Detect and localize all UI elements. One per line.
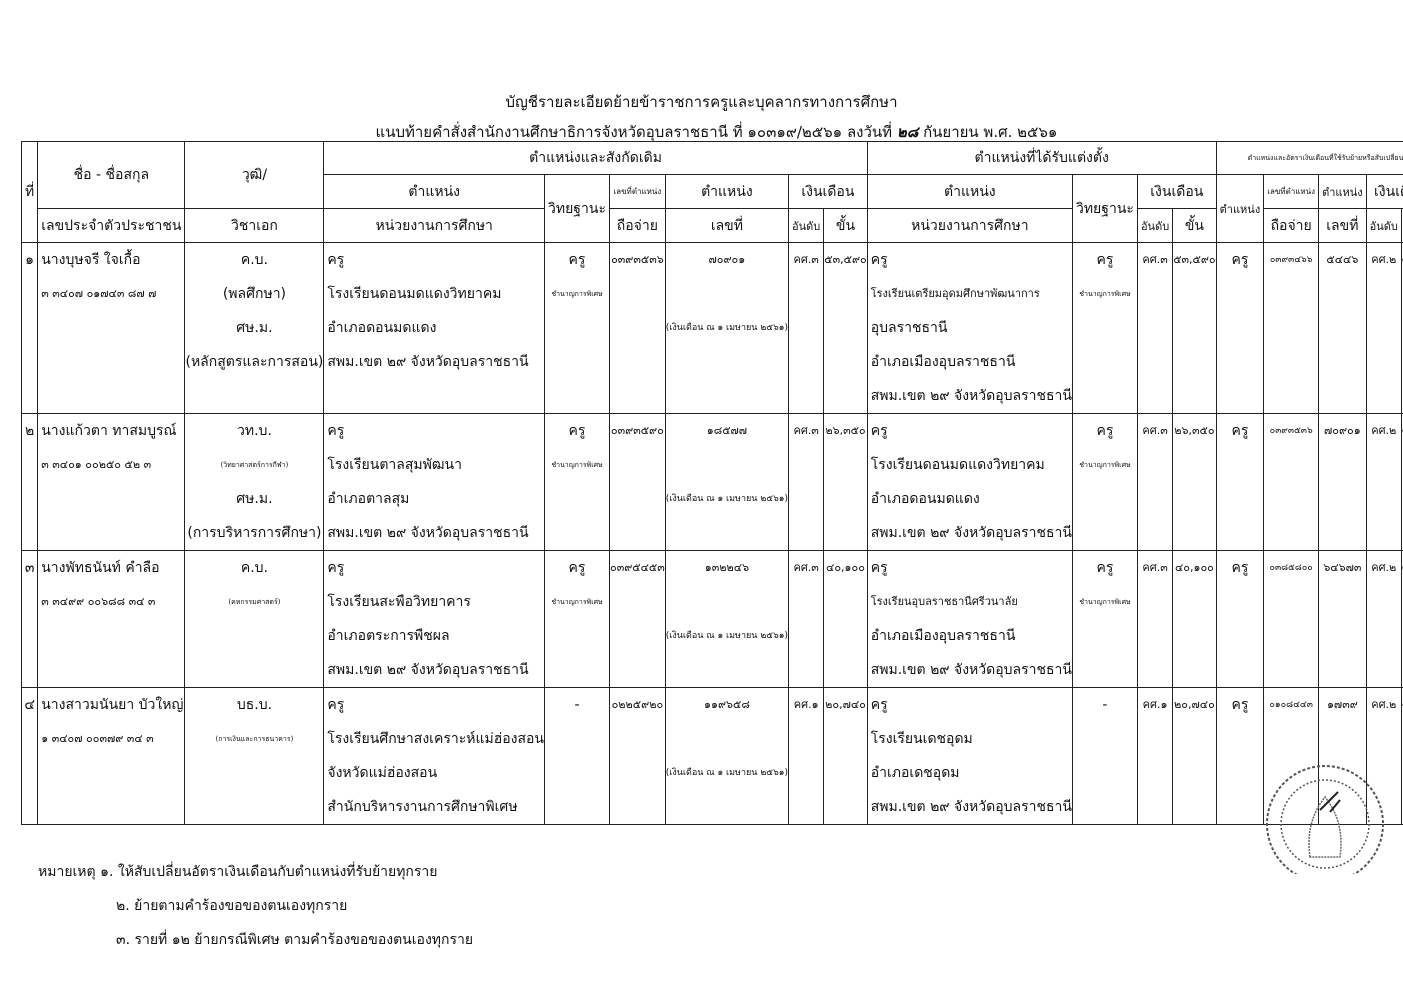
row-new-unit-line-3: อำเภอดอนมดแดง	[868, 482, 1072, 516]
row-no: ๔	[22, 688, 38, 825]
row-new-rank-line-1: -	[1073, 688, 1137, 722]
row-degree-line-4: (หลักสูตรและการสอน)	[185, 345, 323, 379]
row-name-line-2: ๓ ๓๔๐๗ ๐๑๗๔๓ ๘๗ ๗	[38, 277, 184, 311]
row-old-grade: คศ.๓	[789, 243, 824, 414]
subtitle-date-label: ลงวันที่	[847, 123, 892, 141]
row-new-rank-line-1: ครู	[1073, 551, 1137, 585]
row-old-budget-pos-line-1: ๐๓๙๓๕๙๐	[610, 414, 665, 448]
row-degree-line-1: วท.บ.	[185, 414, 323, 448]
row-swap-position: ครู	[1216, 243, 1264, 414]
row-swap-grade-line-1: คศ.๒	[1367, 551, 1401, 585]
row-old-step: ๒๐,๗๔๐	[824, 688, 867, 825]
row-old-unit-line-3: อำเภอตระการพืชผล	[324, 619, 544, 653]
row-degree-line-4: (การบริหารการศึกษา)	[185, 516, 323, 550]
row-old-rank-line-1: ครู	[545, 551, 609, 585]
row-degree: วท.บ.(วิทยาศาสตร์การกีฬา)ศษ.ม.(การบริหาร…	[185, 414, 324, 551]
row-swap-position: ครู	[1216, 551, 1264, 688]
row-old-pos-no: ๑๑๙๖๕๘(เงินเดือน ณ ๑ เมษายน ๒๕๖๑)	[665, 688, 788, 825]
header-old-group: ตำแหน่งและสังกัดเดิม	[324, 142, 867, 175]
row-new-unit-line-4: สพม.เขต ๒๙ จังหวัดอุบลราชธานี	[868, 653, 1072, 687]
header-old-grade: อันดับ	[789, 209, 824, 243]
row-old-step-line-1: ๒๐,๗๔๐	[824, 688, 866, 722]
row-old-budget-pos: ๐๓๙๓๕๙๐	[609, 414, 665, 551]
row-swap-grade: คศ.๒	[1366, 414, 1401, 551]
row-old-budget-pos-line-1: ๐๓๙๓๕๓๖	[610, 243, 665, 277]
row-degree-line-1: ค.บ.	[185, 243, 323, 277]
row-swap-budget-pos: ๐๓๘๕๘๐๐	[1264, 551, 1319, 688]
row-old-pos-no-line-3: (เงินเดือน ณ ๑ เมษายน ๒๕๖๑)	[666, 619, 788, 653]
row-new-grade-line-1: คศ.๓	[1138, 243, 1172, 277]
row-name-line-1: นางบุษจรี ใจเกื้อ	[38, 243, 184, 277]
row-swap-budget-pos-line-1: ๐๑๐๘๔๔๓	[1264, 688, 1318, 722]
row-old-grade: คศ.๓	[789, 551, 824, 688]
row-new-step: ๔๐,๑๐๐	[1173, 551, 1216, 688]
row-old-grade: คศ.๑	[789, 688, 824, 825]
row-old-rank: ครูชำนาญการพิเศษ	[545, 414, 610, 551]
row-new-step-line-1: ๕๓,๕๙๐	[1173, 243, 1215, 277]
row-old-pos-no: ๑๓๒๒๔๖(เงินเดือน ณ ๑ เมษายน ๒๕๖๑)	[665, 551, 788, 688]
header-new-grade: อันดับ	[1137, 209, 1172, 243]
row-new-grade-line-1: คศ.๓	[1138, 414, 1172, 448]
row-old-pos-no-line-3: (เงินเดือน ณ ๑ เมษายน ๒๕๖๑)	[666, 756, 788, 790]
row-old-unit-line-1: ครู	[324, 243, 544, 277]
row-old-unit-line-3: อำเภอตาลสุม	[324, 482, 544, 516]
row-no-line-1: ๒	[22, 414, 37, 448]
row-name: นางสาวมนันยา บัวใหญ่๑ ๓๔๐๗ ๐๐๓๗๙ ๓๔ ๓	[38, 688, 185, 825]
row-swap-position-line-1: ครู	[1217, 688, 1264, 722]
row-swap-position: ครู	[1216, 414, 1264, 551]
row-old-rank: ครูชำนาญการพิเศษ	[545, 243, 610, 414]
row-new-unit: ครูโรงเรียนเดชอุดมอำเภอเดชอุดมสพม.เขต ๒๙…	[867, 688, 1072, 825]
row-old-unit-line-2: โรงเรียนศึกษาสงเคราะห์แม่ฮ่องสอน	[324, 722, 544, 756]
order-number: ๑๐๓๑๙/๒๕๖๑	[747, 123, 842, 141]
row-name-line-2: ๓ ๓๔๐๑ ๐๐๒๕๐ ๕๒ ๓	[38, 448, 184, 482]
row-old-pos-no-line-3: (เงินเดือน ณ ๑ เมษายน ๒๕๖๑)	[666, 311, 788, 345]
row-new-rank-line-1: ครู	[1073, 243, 1137, 277]
row-old-pos-no-line-1: ๑๘๕๗๗	[666, 414, 788, 448]
row-new-unit-line-2: โรงเรียนเตรียมอุดมศึกษาพัฒนาการ	[868, 277, 1072, 311]
row-old-rank-line-1: -	[545, 688, 609, 722]
row-old-grade-line-1: คศ.๑	[789, 688, 823, 722]
header-swap-grade: อันดับ	[1366, 209, 1401, 243]
row-old-grade-line-1: คศ.๓	[789, 414, 823, 448]
row-swap-grade-line-1: คศ.๒	[1367, 243, 1401, 277]
row-new-rank: ครูชำนาญการพิเศษ	[1072, 551, 1137, 688]
row-old-grade-line-1: คศ.๓	[789, 243, 823, 277]
row-swap-budget-pos: ๐๓๙๓๔๖๖	[1264, 243, 1319, 414]
row-degree-line-4	[185, 790, 323, 824]
header-no: ที่	[22, 142, 38, 243]
row-old-rank-line-1: ครู	[545, 414, 609, 448]
row-no-line-1: ๓	[22, 551, 37, 585]
header-swap-budget-pos-2: ถือจ่าย	[1264, 209, 1319, 243]
row-no-line-1: ๑	[22, 243, 37, 277]
row-swap-position-line-1: ครู	[1217, 243, 1264, 277]
row-old-pos-no-line-2	[666, 585, 788, 619]
row-swap-pos-no-line-1: ๕๔๔๖	[1319, 243, 1366, 277]
row-new-rank-line-2: ชำนาญการพิเศษ	[1073, 585, 1137, 619]
row-swap-budget-pos-line-1: ๐๓๙๓๔๖๖	[1264, 243, 1318, 277]
header-degree-line1: วุฒิ/	[242, 167, 267, 183]
row-old-rank-line-2: ชำนาญการพิเศษ	[545, 585, 609, 619]
row-old-step: ๒๖,๓๕๐	[824, 414, 867, 551]
row-swap-pos-no: ๕๔๔๖	[1319, 243, 1367, 414]
row-swap-grade-line-1: คศ.๒	[1367, 688, 1401, 722]
row-old-step-line-1: ๔๐,๑๐๐	[824, 551, 866, 585]
row-new-step-line-1: ๔๐,๑๐๐	[1173, 551, 1215, 585]
header-old-step: ขั้น	[824, 209, 867, 243]
header-new-salary: เงินเดือน	[1137, 175, 1216, 209]
row-old-pos-no-line-1: ๑๑๙๖๕๘	[666, 688, 788, 722]
row-old-unit: ครูโรงเรียนดอนมดแดงวิทยาคมอำเภอดอนมดแดงส…	[324, 243, 545, 414]
row-swap-grade: คศ.๒	[1366, 551, 1401, 688]
row-old-grade-line-1: คศ.๓	[789, 551, 823, 585]
notes-label: หมายเหตุ	[38, 864, 96, 880]
row-swap-position-line-1: ครู	[1217, 551, 1264, 585]
row-old-unit-line-4: สพม.เขต ๒๙ จังหวัดอุบลราชธานี	[324, 653, 544, 687]
header-old-position: ตำแหน่ง	[324, 175, 545, 209]
official-seal-icon	[1250, 762, 1400, 874]
row-new-unit-line-2: โรงเรียนเดชอุดม	[868, 722, 1072, 756]
row-old-step-line-1: ๒๖,๓๕๐	[824, 414, 866, 448]
row-no-line-1: ๔	[22, 688, 37, 722]
row-degree-line-2: (คหกรรมศาสตร์)	[185, 585, 323, 619]
row-new-unit: ครูโรงเรียนดอนมดแดงวิทยาคมอำเภอดอนมดแดงส…	[867, 414, 1072, 551]
row-degree-line-3: ศษ.ม.	[185, 311, 323, 345]
row-name-line-2: ๑ ๓๔๐๗ ๐๐๓๗๙ ๓๔ ๓	[38, 722, 184, 756]
row-degree-line-2: (วิทยาศาสตร์การกีฬา)	[185, 448, 323, 482]
row-name-line-1: นางแก้วตา ทาสมบูรณ์	[38, 414, 184, 448]
subtitle-month-year: กันยายน พ.ศ. ๒๕๖๑	[923, 123, 1057, 141]
transfer-table-body: ๑นางบุษจรี ใจเกื้อ๓ ๓๔๐๗ ๐๑๗๔๓ ๘๗ ๗ค.บ.(…	[22, 243, 1403, 825]
row-old-step: ๕๓,๕๙๐	[824, 243, 867, 414]
row-swap-pos-no-line-1: ๖๔๖๗๓	[1319, 551, 1366, 585]
row-degree-line-3	[185, 619, 323, 653]
row-new-grade: คศ.๑	[1137, 688, 1172, 825]
row-new-grade-line-1: คศ.๑	[1138, 688, 1172, 722]
table-row: ๑นางบุษจรี ใจเกื้อ๓ ๓๔๐๗ ๐๑๗๔๓ ๘๗ ๗ค.บ.(…	[22, 243, 1403, 414]
row-new-rank: -	[1072, 688, 1137, 825]
row-degree-line-1: บธ.บ.	[185, 688, 323, 722]
row-old-unit-line-4: สพม.เขต ๒๙ จังหวัดอุบลราชธานี	[324, 345, 544, 379]
row-new-unit-line-3: อำเภอเดชอุดม	[868, 756, 1072, 790]
row-name-line-2: ๓ ๓๔๙๙ ๐๐๖๘๘ ๓๔ ๓	[38, 585, 184, 619]
row-new-unit-line-4: สพม.เขต ๒๙ จังหวัดอุบลราชธานี	[868, 516, 1072, 550]
header-new-group: ตำแหน่งที่ได้รับแต่งตั้ง	[867, 142, 1216, 175]
row-new-unit-line-1: ครู	[868, 688, 1072, 722]
row-old-rank-line-2: ชำนาญการพิเศษ	[545, 448, 609, 482]
row-new-unit: ครูโรงเรียนอุบลราชธานีศรีวนาลัยอำเภอเมือ…	[867, 551, 1072, 688]
row-old-unit: ครูโรงเรียนสะพือวิทยาคารอำเภอตระการพืชผล…	[324, 551, 545, 688]
row-old-unit-line-1: ครู	[324, 551, 544, 585]
row-old-rank-line-1: ครู	[545, 243, 609, 277]
row-old-unit-line-2: โรงเรียนดอนมดแดงวิทยาคม	[324, 277, 544, 311]
row-new-grade: คศ.๓	[1137, 414, 1172, 551]
header-swap-budget-pos: เลขที่ตำแหน่ง	[1264, 175, 1319, 209]
subtitle-prefix: แนบท้ายคำสั่งสำนักงานศึกษาธิการจังหวัดอุ…	[376, 123, 743, 141]
row-old-step: ๔๐,๑๐๐	[824, 551, 867, 688]
row-degree: ค.บ.(พลศึกษา)ศษ.ม.(หลักสูตรและการสอน)	[185, 243, 324, 414]
row-degree-line-3: ศษ.ม.	[185, 482, 323, 516]
header-old-unit: หน่วยงานการศึกษา	[324, 209, 545, 243]
row-new-rank: ครูชำนาญการพิเศษ	[1072, 243, 1137, 414]
row-swap-pos-no: ๗๐๙๐๑	[1319, 414, 1367, 551]
row-swap-pos-no: ๖๔๖๗๓	[1319, 551, 1367, 688]
row-new-rank: ครูชำนาญการพิเศษ	[1072, 414, 1137, 551]
row-old-unit-line-4: สพม.เขต ๒๙ จังหวัดอุบลราชธานี	[324, 516, 544, 550]
row-old-unit-line-1: ครู	[324, 414, 544, 448]
row-new-unit-line-4: อำเภอเมืองอุบลราชธานี	[868, 345, 1072, 379]
header-old-salary: เงินเดือน	[789, 175, 868, 209]
row-old-budget-pos: ๐๓๙๓๕๓๖	[609, 243, 665, 414]
row-new-step-line-1: ๒๖,๓๕๐	[1173, 414, 1215, 448]
row-old-pos-no: ๑๘๕๗๗(เงินเดือน ณ ๑ เมษายน ๒๕๖๑)	[665, 414, 788, 551]
row-new-step: ๒๖,๓๕๐	[1173, 414, 1216, 551]
row-old-unit-line-3: จังหวัดแม่ฮ่องสอน	[324, 756, 544, 790]
row-old-pos-no: ๗๐๙๐๑(เงินเดือน ณ ๑ เมษายน ๒๕๖๑)	[665, 243, 788, 414]
row-old-pos-no-line-1: ๑๓๒๒๔๖	[666, 551, 788, 585]
header-swap-group: ตำแหน่งและอัตราเงินเดือนที่ใช้รับย้ายหรื…	[1216, 142, 1403, 175]
row-old-unit-line-2: โรงเรียนสะพือวิทยาคาร	[324, 585, 544, 619]
header-old-budget-pos-2: ถือจ่าย	[609, 209, 665, 243]
header-swap-pos: ตำแหน่ง	[1319, 175, 1367, 209]
row-old-rank-line-2	[545, 722, 609, 756]
note-item-1: หมายเหตุ ๑. ให้สับเปลี่ยนอัตราเงินเดือนก…	[38, 855, 473, 889]
row-degree-line-2: (พลศึกษา)	[185, 277, 323, 311]
row-new-unit-line-4: สพม.เขต ๒๙ จังหวัดอุบลราชธานี	[868, 790, 1072, 824]
row-no: ๓	[22, 551, 38, 688]
row-old-budget-pos: ๐๒๒๕๙๒๐	[609, 688, 665, 825]
row-no: ๑	[22, 243, 38, 414]
row-old-budget-pos-line-1: ๐๓๙๕๔๕๓	[610, 551, 665, 585]
header-swap-pos-2: เลขที่	[1319, 209, 1367, 243]
row-swap-pos-no-line-1: ๑๗๓๙	[1319, 688, 1366, 722]
header-new-position: ตำแหน่ง	[867, 175, 1072, 209]
row-new-step-line-1: ๒๐,๗๔๐	[1173, 688, 1215, 722]
row-new-rank-line-2: ชำนาญการพิเศษ	[1073, 277, 1137, 311]
row-old-pos-no-line-2	[666, 448, 788, 482]
header-old-rank: วิทยฐานะ	[545, 175, 610, 243]
row-swap-pos-no-line-1: ๗๐๙๐๑	[1319, 414, 1366, 448]
row-new-unit-line-3: อำเภอเมืองอุบลราชธานี	[868, 619, 1072, 653]
row-old-pos-no-line-3: (เงินเดือน ณ ๑ เมษายน ๒๕๖๑)	[666, 482, 788, 516]
table-row: ๔นางสาวมนันยา บัวใหญ่๑ ๓๔๐๗ ๐๐๓๗๙ ๓๔ ๓บธ…	[22, 688, 1403, 825]
row-swap-budget-pos-line-1: ๐๓๘๕๘๐๐	[1264, 551, 1318, 585]
header-new-step: ขั้น	[1173, 209, 1216, 243]
row-degree-line-3	[185, 756, 323, 790]
row-old-rank: ครูชำนาญการพิเศษ	[545, 551, 610, 688]
row-new-grade-line-1: คศ.๓	[1138, 551, 1172, 585]
row-new-unit-line-1: ครู	[868, 414, 1072, 448]
row-new-step: ๕๓,๕๙๐	[1173, 243, 1216, 414]
document-title: บัญชีรายละเอียดย้ายข้าราชการครูและบุคลาก…	[0, 90, 1403, 114]
row-name-line-1: นางสาวมนันยา บัวใหญ่	[38, 688, 184, 722]
header-new-rank: วิทยฐานะ	[1072, 175, 1137, 243]
row-old-grade: คศ.๓	[789, 414, 824, 551]
row-new-unit-line-3: อุบลราชธานี	[868, 311, 1072, 345]
row-old-budget-pos-line-1: ๐๒๒๕๙๒๐	[610, 688, 665, 722]
note-item-3: ๓. รายที่ ๑๒ ย้ายกรณีพิเศษ ตามคำร้องขอขอ…	[38, 923, 473, 957]
notes: หมายเหตุ ๑. ให้สับเปลี่ยนอัตราเงินเดือนก…	[38, 855, 473, 957]
row-old-unit: ครูโรงเรียนศึกษาสงเคราะห์แม่ฮ่องสอนจังหว…	[324, 688, 545, 825]
row-new-unit: ครูโรงเรียนเตรียมอุดมศึกษาพัฒนาการอุบลรา…	[867, 243, 1072, 414]
row-degree-line-1: ค.บ.	[185, 551, 323, 585]
row-degree: ค.บ.(คหกรรมศาสตร์)	[185, 551, 324, 688]
row-old-pos-no-line-1: ๗๐๙๐๑	[666, 243, 788, 277]
row-name: นางบุษจรี ใจเกื้อ๓ ๓๔๐๗ ๐๑๗๔๓ ๘๗ ๗	[38, 243, 185, 414]
order-day: ๒๘	[897, 123, 918, 141]
note-item-2: ๒. ย้ายตามคำร้องขอของตนเองทุกราย	[38, 889, 473, 923]
header-old-budget-pos: เลขที่ตำแหน่ง	[609, 175, 665, 209]
row-new-unit-line-1: ครู	[868, 551, 1072, 585]
row-new-unit-line-2: โรงเรียนอุบลราชธานีศรีวนาลัย	[868, 585, 1072, 619]
header-major: วิชาเอก	[185, 209, 324, 243]
table-row: ๒นางแก้วตา ทาสมบูรณ์๓ ๓๔๐๑ ๐๐๒๕๐ ๕๒ ๓วท.…	[22, 414, 1403, 551]
row-old-step-line-1: ๕๓,๕๙๐	[824, 243, 866, 277]
row-new-unit-line-1: ครู	[868, 243, 1072, 277]
row-new-grade: คศ.๓	[1137, 551, 1172, 688]
row-old-pos-no-line-2	[666, 722, 788, 756]
row-swap-grade: คศ.๒	[1366, 243, 1401, 414]
row-new-rank-line-2	[1073, 722, 1137, 756]
row-new-rank-line-2: ชำนาญการพิเศษ	[1073, 448, 1137, 482]
row-name: นางแก้วตา ทาสมบูรณ์๓ ๓๔๐๑ ๐๐๒๕๐ ๕๒ ๓	[38, 414, 185, 551]
table-row: ๓นางพัทธนันท์ คำลือ๓ ๓๔๙๙ ๐๐๖๘๘ ๓๔ ๓ค.บ.…	[22, 551, 1403, 688]
note-text-1: ๑. ให้สับเปลี่ยนอัตราเงินเดือนกับตำแหน่ง…	[100, 864, 437, 880]
header-swap-position: ตำแหน่ง	[1216, 175, 1264, 243]
row-old-unit-line-3: อำเภอดอนมดแดง	[324, 311, 544, 345]
header-degree: วุฒิ/	[185, 142, 324, 209]
row-no: ๒	[22, 414, 38, 551]
row-new-step: ๒๐,๗๔๐	[1173, 688, 1216, 825]
row-old-pos-no-line-2	[666, 277, 788, 311]
row-degree-line-4	[185, 653, 323, 687]
transfer-table: ที่ ชื่อ - ชื่อสกุล วุฒิ/ ตำแหน่งและสังก…	[21, 141, 1403, 825]
header-name: ชื่อ - ชื่อสกุล	[38, 142, 185, 209]
row-name: นางพัทธนันท์ คำลือ๓ ๓๔๙๙ ๐๐๖๘๘ ๓๔ ๓	[38, 551, 185, 688]
row-old-rank: -	[545, 688, 610, 825]
row-swap-grade-line-1: คศ.๒	[1367, 414, 1401, 448]
header-new-unit: หน่วยงานการศึกษา	[867, 209, 1072, 243]
row-new-unit-line-2: โรงเรียนดอนมดแดงวิทยาคม	[868, 448, 1072, 482]
row-old-unit-line-1: ครู	[324, 688, 544, 722]
row-old-rank-line-2: ชำนาญการพิเศษ	[545, 277, 609, 311]
row-new-unit-line-5: สพม.เขต ๒๙ จังหวัดอุบลราชธานี	[868, 379, 1072, 413]
row-swap-budget-pos: ๐๓๙๓๕๓๖	[1264, 414, 1319, 551]
row-degree: บธ.บ.(การเงินและการธนาคาร)	[185, 688, 324, 825]
row-old-unit: ครูโรงเรียนตาลสุมพัฒนาอำเภอตาลสุมสพม.เขต…	[324, 414, 545, 551]
row-old-unit-line-2: โรงเรียนตาลสุมพัฒนา	[324, 448, 544, 482]
row-old-budget-pos: ๐๓๙๕๔๕๓	[609, 551, 665, 688]
row-degree-line-2: (การเงินและการธนาคาร)	[185, 722, 323, 756]
header-old-pos: ตำแหน่ง	[665, 175, 788, 209]
row-old-unit-line-4: สำนักบริหารงานการศึกษาพิเศษ	[324, 790, 544, 824]
row-name-line-1: นางพัทธนันท์ คำลือ	[38, 551, 184, 585]
row-swap-budget-pos-line-1: ๐๓๙๓๕๓๖	[1264, 414, 1318, 448]
header-citizen-id: เลขประจำตัวประชาชน	[38, 209, 185, 243]
header-swap-salary: เงินเดือน	[1366, 175, 1403, 209]
row-new-rank-line-1: ครู	[1073, 414, 1137, 448]
header-old-pos-2: เลขที่	[665, 209, 788, 243]
row-new-grade: คศ.๓	[1137, 243, 1172, 414]
row-swap-position-line-1: ครู	[1217, 414, 1264, 448]
